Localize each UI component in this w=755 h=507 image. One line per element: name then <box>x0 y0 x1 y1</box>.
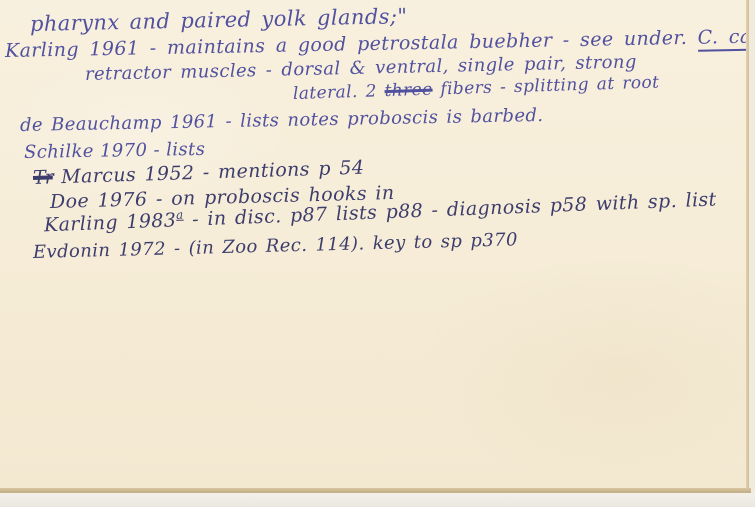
karling-1983-year: Karling 1983 <box>44 209 177 236</box>
line-schilke-1970: Schilke 1970 - lists <box>24 139 206 163</box>
lateral-fibers-suffix: fibers - splitting at root <box>432 72 659 99</box>
scan-bottom-margin <box>0 493 755 507</box>
index-card: pharynx and paired yolk glands;" Karling… <box>0 0 755 493</box>
lateral-fibers-prefix: lateral. 2 <box>293 81 385 104</box>
line-evdonin-1972: Evdonin 1972 - (in Zoo Rec. 114). key to… <box>33 229 518 263</box>
crossed-out-word: three <box>384 80 433 101</box>
line-de-beauchamp-1961: de Beauchamp 1961 - lists notes probosci… <box>20 105 544 136</box>
line-pharynx-continuation: pharynx and paired yolk glands;" <box>30 4 408 36</box>
scribbled-out-mark: Tr <box>33 166 53 189</box>
scan-right-margin <box>749 0 755 493</box>
